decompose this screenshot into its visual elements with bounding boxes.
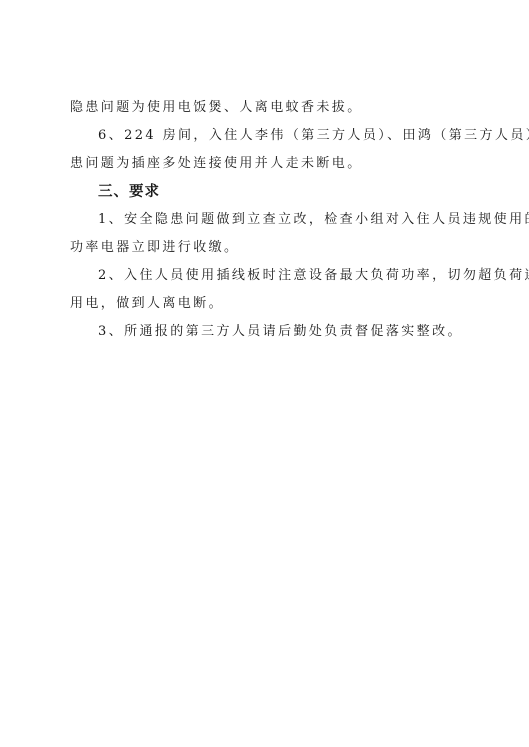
paragraph-item6-line1: 6、224 房间，入住人李伟（第三方人员）、田鸿（第三方人员），隐 [70,122,462,150]
paragraph-item6-line2: 患问题为插座多处连接使用并人走未断电。 [70,150,462,178]
requirement-1-line1: 1、安全隐患问题做到立查立改，检查小组对入住人员违规使用的大 [70,206,462,234]
requirement-2-line2: 用电，做到人离电断。 [70,290,462,318]
requirement-3-line1: 3、所通报的第三方人员请后勤处负责督促落实整改。 [70,318,462,346]
requirement-2-line1: 2、入住人员使用插线板时注意设备最大负荷功率，切勿超负荷连接 [70,262,462,290]
document-body: 隐患问题为使用电饭煲、人离电蚊香未拔。 6、224 房间，入住人李伟（第三方人员… [70,94,462,346]
paragraph-item5-continuation: 隐患问题为使用电饭煲、人离电蚊香未拔。 [70,94,462,122]
requirement-1-line2: 功率电器立即进行收缴。 [70,234,462,262]
section-heading-requirements: 三、要求 [70,178,462,206]
document-page: 隐患问题为使用电饭煲、人离电蚊香未拔。 6、224 房间，入住人李伟（第三方人员… [0,0,529,747]
